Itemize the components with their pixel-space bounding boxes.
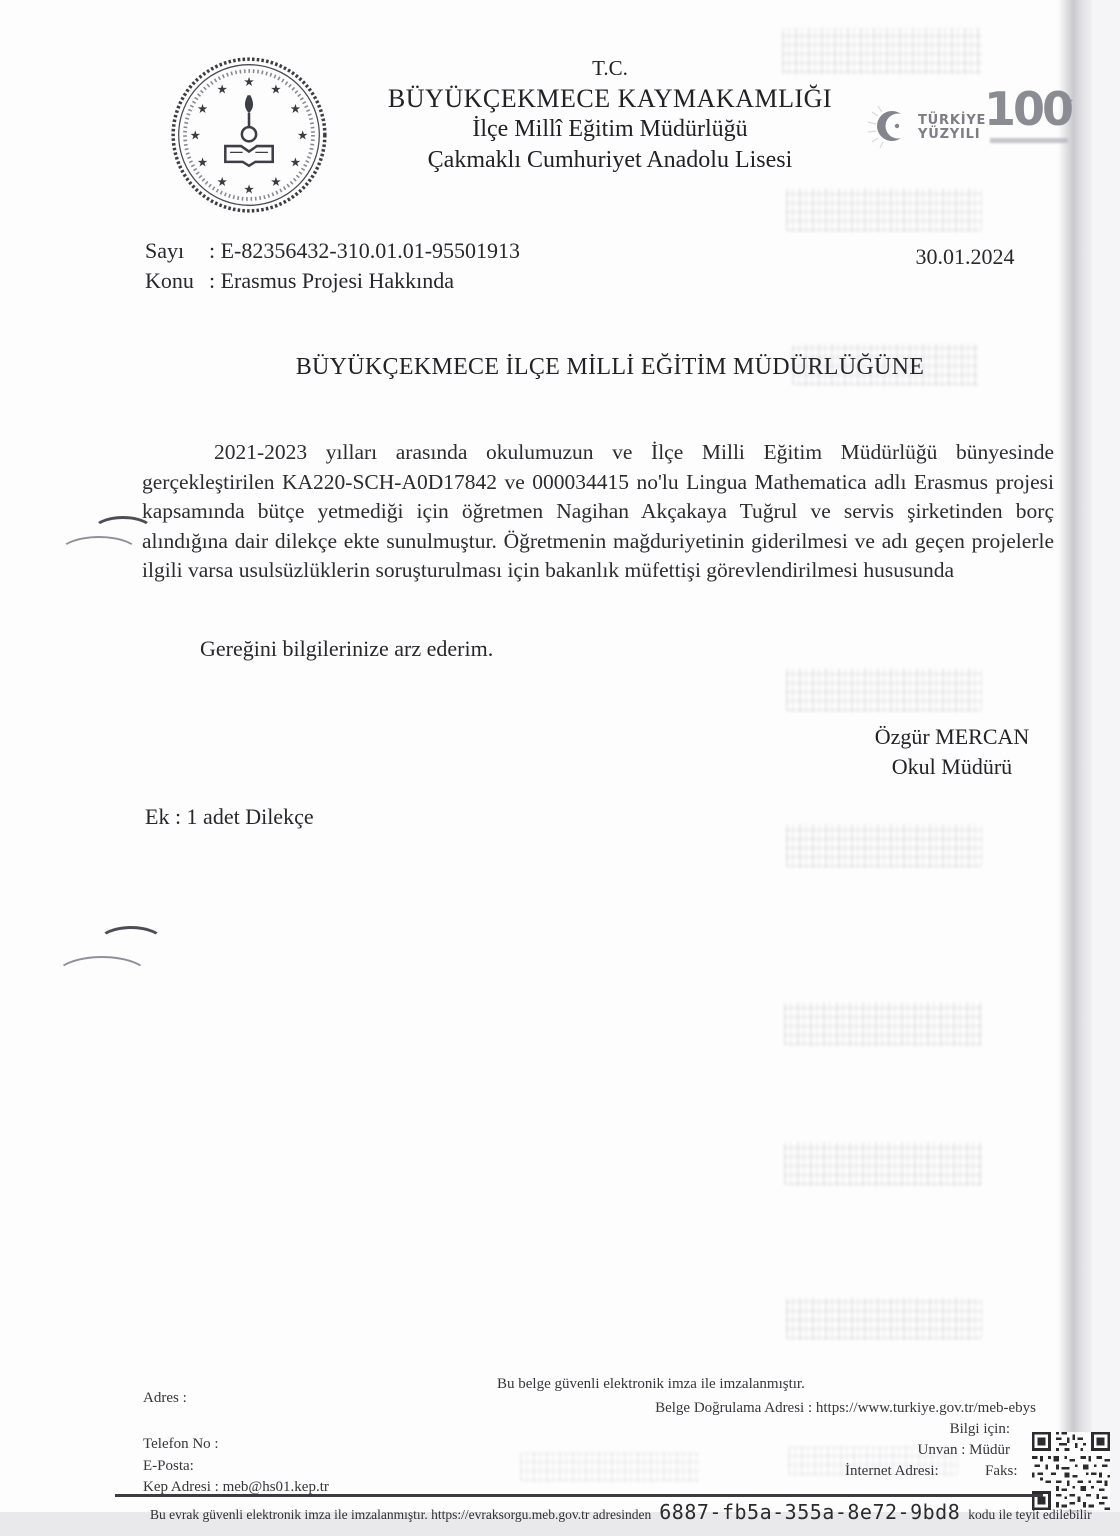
signer-title: Okul Müdürü (842, 754, 1062, 780)
attachment-line: Ek : 1 adet Dilekçe (145, 804, 314, 830)
header-authority: BÜYÜKÇEKMECE KAYMAKAMLIĞI (330, 84, 890, 114)
footer-internet-adresi: İnternet Adresi: (845, 1463, 939, 1480)
svg-text:★: ★ (216, 174, 227, 189)
seal-star-ring: ★ ★ ★ ★ ★ ★ ★ ★ ★ ★ ★ ★ (190, 74, 309, 196)
footer-bilgi-icin: Bilgi için: (950, 1421, 1010, 1438)
konu-value: : Erasmus Projesi Hakkında (209, 268, 454, 293)
pen-arc-mark (58, 536, 140, 572)
centenary-number: 100 (984, 86, 1071, 132)
turkiye-yuzyili-logo: TÜRKİYE YÜZYILI (866, 98, 988, 154)
footer-divider-line (115, 1494, 1043, 1497)
scan-smudge (784, 1142, 982, 1186)
centenary-100-logo: 100 ✦ (984, 86, 1084, 156)
verification-code: 6887-fb5a-355a-8e72-9bd8 (659, 1500, 960, 1524)
centenary-star-icon: ✦ (1062, 92, 1075, 111)
seal-torch-book-emblem (225, 96, 272, 166)
svg-text:★: ★ (243, 181, 254, 196)
svg-text:★: ★ (197, 155, 208, 170)
footer-telefon-label: Telefon No : (143, 1436, 219, 1453)
scan-smudge (786, 1298, 982, 1340)
scan-right-margin (1092, 0, 1120, 1536)
header-directorate: İlçe Millî Eğitim Müdürlüğü (330, 116, 890, 143)
scan-smudge (786, 824, 982, 868)
konu-label: Konu (145, 268, 209, 294)
pen-arc-mark (54, 956, 150, 998)
footer-unvan: Unvan : Müdür (918, 1442, 1011, 1459)
document-date: 30.01.2024 (895, 244, 1035, 270)
scan-page-edge-shadow (1058, 0, 1092, 1536)
sayi-row: Sayı: E-82356432-310.01.01-95501913 (145, 238, 520, 264)
body-paragraph: 2021-2023 yılları arasında okulumuzun ve… (142, 438, 1054, 586)
verification-line: Bu evrak güvenli elektronik imza ile imz… (150, 1500, 1092, 1524)
verification-prefix: Bu evrak güvenli elektronik imza ile imz… (150, 1507, 651, 1523)
centenary-tagline-smudge (990, 138, 1068, 143)
sayi-label: Sayı (145, 238, 209, 264)
verification-suffix: kodu ile teyit edilebilir (968, 1507, 1091, 1523)
svg-text:★: ★ (243, 74, 254, 89)
svg-text:★: ★ (290, 155, 301, 170)
svg-text:★: ★ (216, 81, 227, 96)
signer-name: Özgür MERCAN (842, 724, 1062, 750)
footer-signed-note: Bu belge güvenli elektronik imza ile imz… (497, 1376, 805, 1393)
yuzyili-label: YÜZYILI (917, 126, 980, 142)
svg-text:★: ★ (197, 101, 208, 116)
qr-code-icon (1032, 1432, 1110, 1510)
footer-verify-address: Belge Doğrulama Adresi : https://www.tur… (655, 1400, 1036, 1417)
scan-smudge (784, 1002, 982, 1046)
footer-eposta-label: E-Posta: (143, 1458, 194, 1475)
header-school: Çakmaklı Cumhuriyet Anadolu Lisesi (330, 147, 890, 174)
crescent-icon (868, 106, 911, 148)
scan-smudge (786, 188, 982, 232)
svg-text:★: ★ (297, 128, 308, 143)
sayi-value: : E-82356432-310.01.01-95501913 (209, 238, 520, 263)
turkiye-label: TÜRKİYE (918, 112, 986, 128)
footer-faks: Faks: (985, 1463, 1018, 1480)
konu-row: Konu: Erasmus Projesi Hakkında (145, 268, 454, 294)
svg-text:★: ★ (270, 174, 281, 189)
scan-smudge (786, 668, 982, 712)
svg-text:★: ★ (190, 128, 201, 143)
meb-seal-logo: ★ ★ ★ ★ ★ ★ ★ ★ ★ ★ ★ ★ (170, 56, 328, 214)
meb-seal-graphic: ★ ★ ★ ★ ★ ★ ★ ★ ★ ★ ★ ★ (170, 56, 328, 214)
closing-line: Gereğini bilgilerinize arz ederim. (200, 636, 493, 662)
pen-arc-mark (98, 926, 164, 958)
footer-adres-label: Adres : (143, 1390, 187, 1407)
scan-smudge (782, 28, 982, 74)
svg-text:★: ★ (290, 101, 301, 116)
scan-smudge (792, 344, 978, 386)
scan-smudge (520, 1452, 700, 1482)
svg-text:★: ★ (270, 81, 281, 96)
